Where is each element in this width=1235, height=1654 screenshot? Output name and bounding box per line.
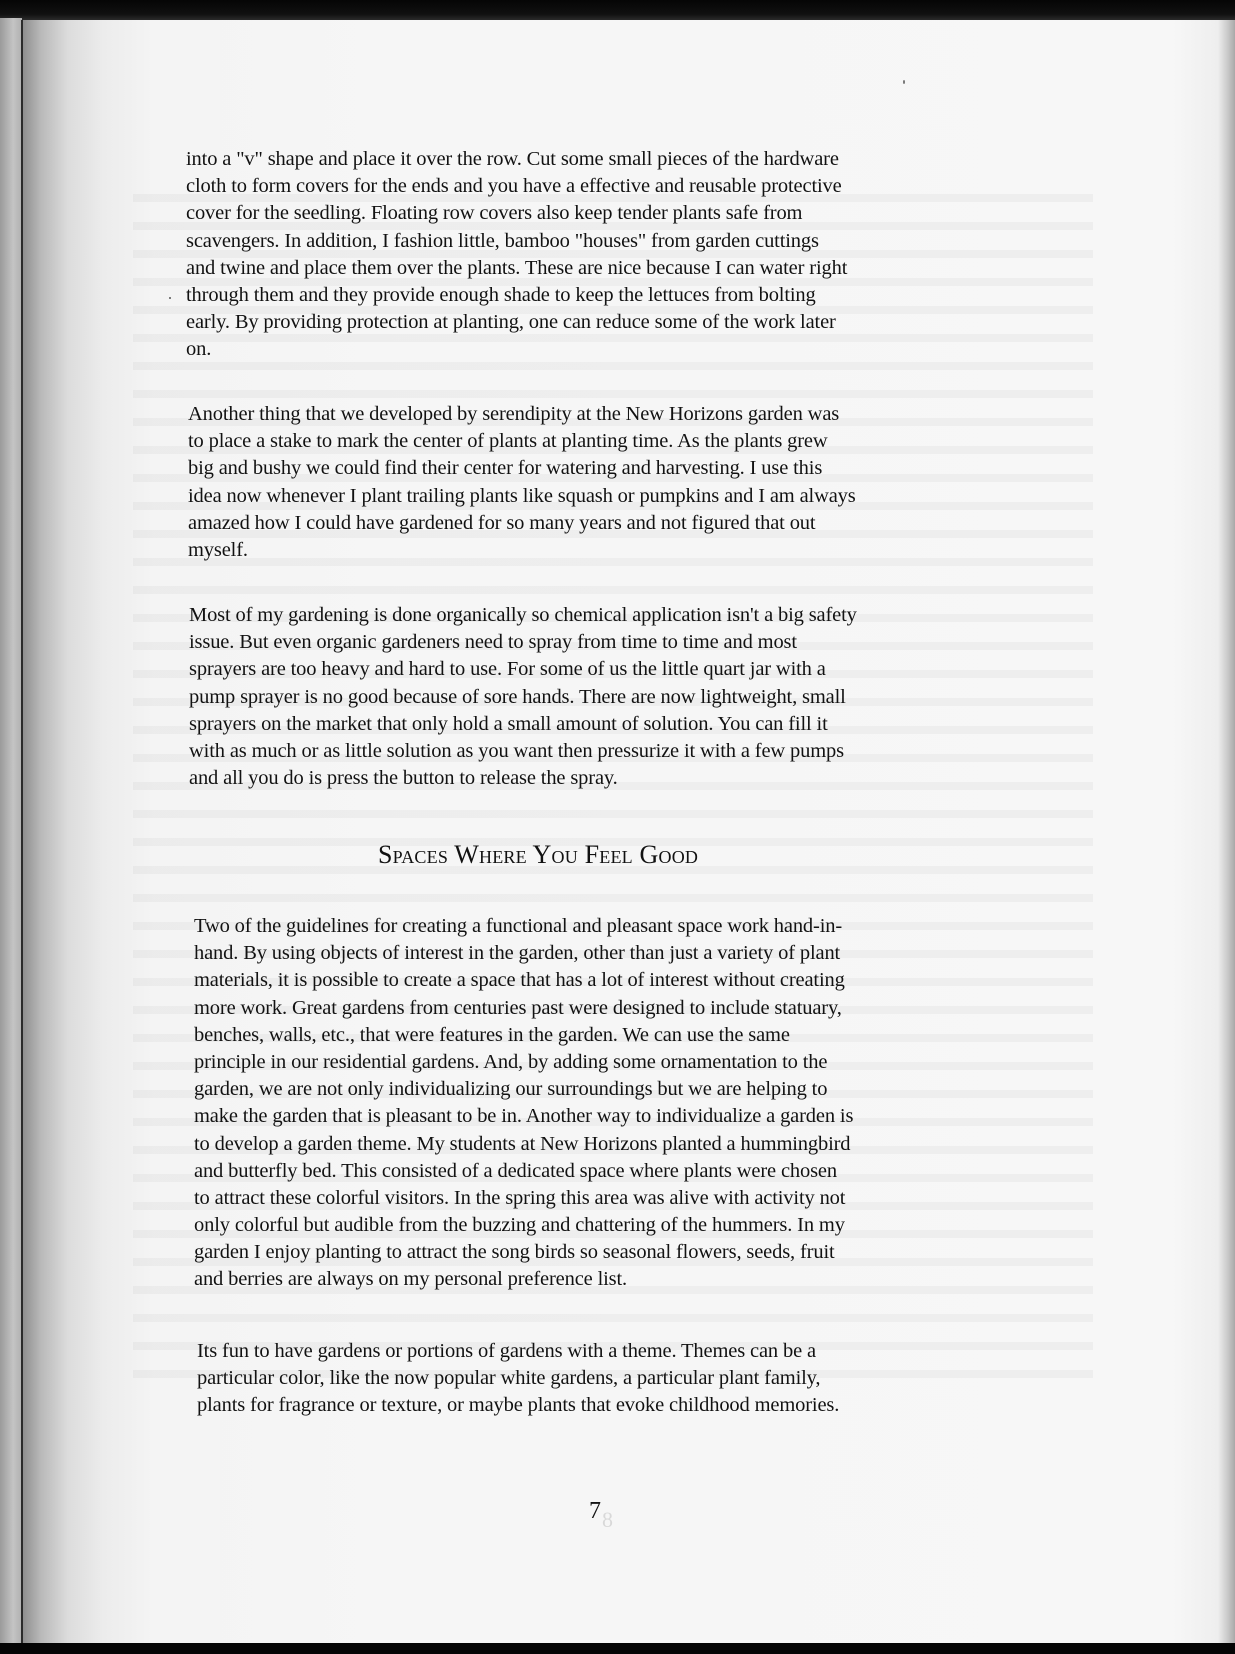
text-line: with as much or as little solution as yo…: [189, 738, 857, 765]
scan-speck: [169, 297, 171, 299]
text-line: big and bushy we could find their center…: [188, 455, 856, 482]
text-line: myself.: [188, 537, 856, 564]
text-line: and twine and place them over the plants…: [186, 255, 847, 282]
text-line: early. By providing protection at planti…: [186, 309, 847, 336]
text-line: into a "v" shape and place it over the r…: [186, 146, 847, 173]
text-line: materials, it is possible to create a sp…: [194, 967, 853, 994]
text-line: pump sprayer is no good because of sore …: [189, 684, 857, 711]
text-line: plants for fragrance or texture, or mayb…: [197, 1392, 839, 1419]
page-number: 7: [589, 1498, 601, 1525]
paragraph-plant-stakes: Another thing that we developed by seren…: [188, 401, 856, 564]
scan-speck: [903, 80, 905, 84]
previous-page-edge: [0, 18, 22, 1644]
text-line: make the garden that is pleasant to be i…: [194, 1103, 853, 1130]
text-line: cloth to form covers for the ends and yo…: [186, 173, 847, 200]
text-line: scavengers. In addition, I fashion littl…: [186, 228, 847, 255]
text-line: and butterfly bed. This consisted of a d…: [194, 1158, 853, 1185]
text-line: hand. By using objects of interest in th…: [194, 940, 853, 967]
text-line: issue. But even organic gardeners need t…: [189, 629, 857, 656]
text-line: cover for the seedling. Floating row cov…: [186, 200, 847, 227]
text-line: and all you do is press the button to re…: [189, 765, 857, 792]
section-heading: Spaces Where You Feel Good: [378, 840, 698, 870]
text-line: benches, walls, etc., that were features…: [194, 1022, 853, 1049]
text-line: idea now whenever I plant trailing plant…: [188, 483, 856, 510]
text-line: Two of the guidelines for creating a fun…: [194, 913, 853, 940]
text-line: Its fun to have gardens or portions of g…: [197, 1338, 839, 1365]
text-line: sprayers on the market that only hold a …: [189, 711, 857, 738]
text-line: Most of my gardening is done organically…: [189, 602, 857, 629]
text-line: through them and they provide enough sha…: [186, 282, 847, 309]
text-line: garden, we are not only individualizing …: [194, 1076, 853, 1103]
text-line: and berries are always on my personal pr…: [194, 1266, 853, 1293]
text-line: on.: [186, 336, 847, 363]
text-line: to place a stake to mark the center of p…: [188, 428, 856, 455]
text-line: garden I enjoy planting to attract the s…: [194, 1239, 853, 1266]
bleed-through-page-number: 8: [602, 1507, 613, 1533]
text-line: Another thing that we developed by seren…: [188, 401, 856, 428]
paragraph-row-covers: into a "v" shape and place it over the r…: [186, 146, 847, 364]
text-line: sprayers are too heavy and hard to use. …: [189, 656, 857, 683]
paragraph-sprayers: Most of my gardening is done organically…: [189, 602, 857, 792]
text-line: to attract these colorful visitors. In t…: [194, 1185, 853, 1212]
scanned-book-page: into a "v" shape and place it over the r…: [0, 0, 1235, 1654]
scan-top-edge: [0, 0, 1235, 20]
text-line: more work. Great gardens from centuries …: [194, 995, 853, 1022]
paragraph-garden-ornamentation: Two of the guidelines for creating a fun…: [194, 913, 853, 1294]
text-line: to develop a garden theme. My students a…: [194, 1131, 853, 1158]
paragraph-garden-themes: Its fun to have gardens or portions of g…: [197, 1338, 839, 1420]
scan-bottom-edge: [0, 1643, 1235, 1654]
text-line: amazed how I could have gardened for so …: [188, 510, 856, 537]
text-line: principle in our residential gardens. An…: [194, 1049, 853, 1076]
text-line: particular color, like the now popular w…: [197, 1365, 839, 1392]
text-line: only colorful but audible from the buzzi…: [194, 1212, 853, 1239]
